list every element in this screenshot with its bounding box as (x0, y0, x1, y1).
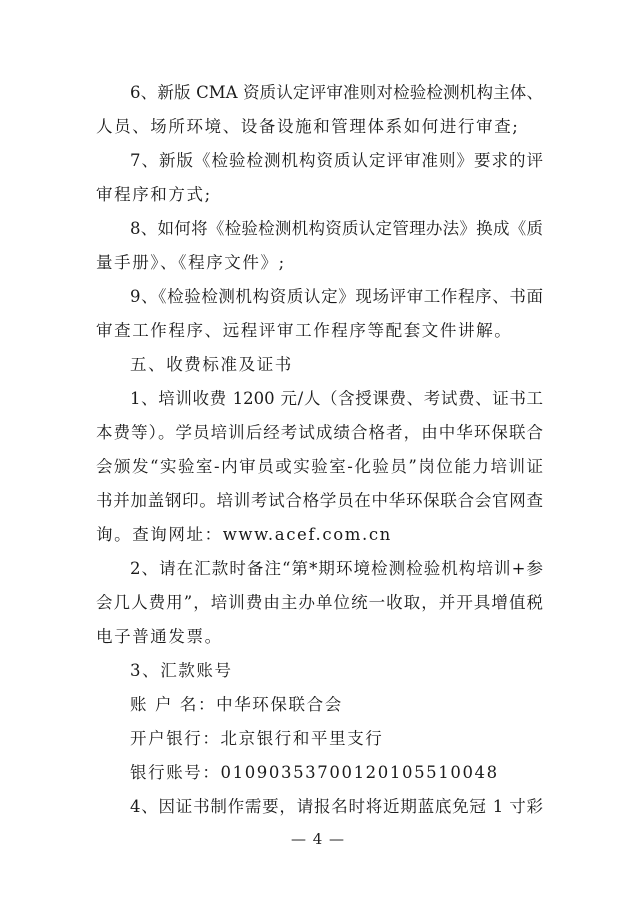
text-line: 审程序和方式; (96, 178, 543, 212)
text-line: 6、新版 CMA 资质认定评审准则对检验检测机构主体、 (96, 76, 543, 110)
text-line: 8、如何将《检验检测机构资质认定管理办法》换成《质 (96, 212, 543, 246)
text-line: 会几人费用”，培训费由主办单位统一收取，并开具增值税 (96, 586, 543, 620)
bank-account-number: 银行账号：01090353700120105510048 (96, 756, 543, 790)
text-line: 量手册》、《程序文件》; (96, 246, 543, 280)
document-page: 6、新版 CMA 资质认定评审准则对检验检测机构主体、 人员、场所环境、设备设施… (0, 0, 636, 900)
page-number: — 4 — (0, 830, 636, 848)
url-line: 询。查询网址：www.acef.com.cn (96, 518, 543, 552)
text-line: 审查工作程序、远程评审工作程序等配套文件讲解。 (96, 314, 543, 348)
text-line: 会颁发“实验室-内审员或实验室-化验员”岗位能力培训证 (96, 450, 543, 484)
text-line: 7、新版《检验检测机构资质认定评审准则》要求的评 (96, 144, 543, 178)
text-line: 人员、场所环境、设备设施和管理体系如何进行审查; (96, 110, 543, 144)
text-line: 本费等）。学员培训后经考试成绩合格者，由中华环保联合 (96, 416, 543, 450)
document-body: 6、新版 CMA 资质认定评审准则对检验检测机构主体、 人员、场所环境、设备设施… (96, 76, 543, 824)
text-line: 4、因证书制作需要，请报名时将近期蓝底免冠 1 寸彩 (96, 790, 543, 824)
text-line: 2、请在汇款时备注“第*期环境检测检验机构培训+参 (96, 552, 543, 586)
text-line: 电子普通发票。 (96, 620, 543, 654)
account-name: 账 户 名：中华环保联合会 (96, 688, 543, 722)
section-heading: 五、收费标准及证书 (96, 348, 543, 382)
text-line: 书并加盖钢印。培训考试合格学员在中华环保联合会官网查 (96, 484, 543, 518)
text-line: 3、汇款账号 (96, 654, 543, 688)
text-line: 9、《检验检测机构资质认定》现场评审工作程序、书面 (96, 280, 543, 314)
text-line: 1、培训收费 1200 元/人（含授课费、考试费、证书工 (96, 382, 543, 416)
bank-name: 开户银行：北京银行和平里支行 (96, 722, 543, 756)
